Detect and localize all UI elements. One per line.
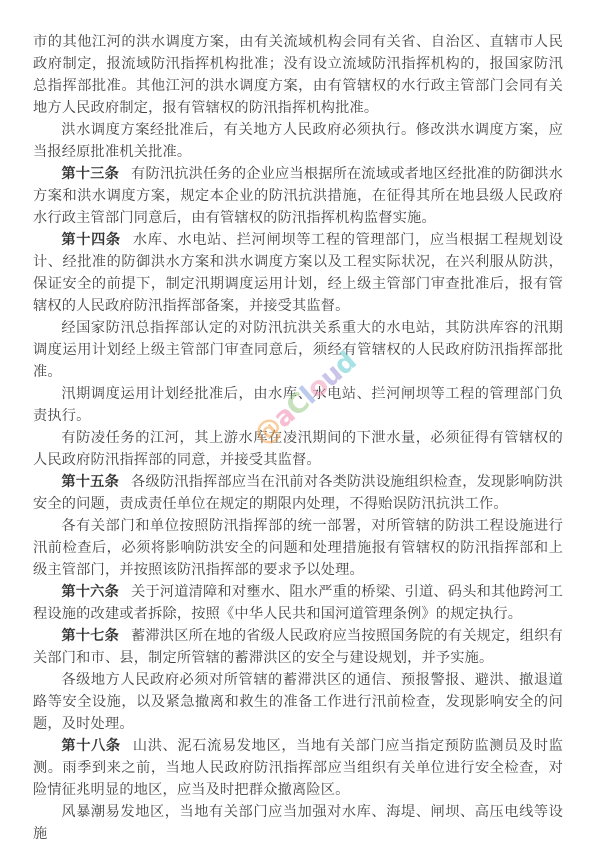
paragraph: 市的其他江河的洪水调度方案，由有关流域机构会同有关省、自治区、直辖市人民政府制定… (33, 31, 563, 119)
article-heading: 第十六条 (61, 584, 119, 600)
paragraph-text: 各级地方人民政府必须对所管辖的蓄滞洪区的通信、预报警报、避洪、撤退道路等安全设施… (33, 672, 563, 732)
paragraph: 各有关部门和单位按照防汛指挥部的统一部署，对所管辖的防洪工程设施进行汛前检查后，… (33, 515, 563, 581)
article-heading: 第十八条 (61, 738, 120, 754)
paragraph: 第十七条蓄滞洪区所在地的省级人民政府应当按照国务院的有关规定，组织有关部门和市、… (33, 625, 563, 669)
paragraph-text: 经国家防汛总指挥部认定的对防汛抗洪关系重大的水电站，其防洪库容的汛期调度运用计划… (33, 320, 563, 380)
paragraph-text: 洪水调度方案经批准后，有关地方人民政府必须执行。修改洪水调度方案，应当报经原批准… (33, 122, 563, 160)
paragraph-text: 市的其他江河的洪水调度方案，由有关流域机构会同有关省、自治区、直辖市人民政府制定… (33, 34, 563, 116)
paragraph: 洪水调度方案经批准后，有关地方人民政府必须执行。修改洪水调度方案，应当报经原批准… (33, 119, 563, 163)
paragraph: 第十六条关于河道清障和对壅水、阻水严重的桥梁、引道、码头和其他跨河工程设施的改建… (33, 581, 563, 625)
article-heading: 第十七条 (61, 628, 119, 644)
paragraph: 各级地方人民政府必须对所管辖的蓄滞洪区的通信、预报警报、避洪、撤退道路等安全设施… (33, 669, 563, 735)
paragraph: 有防凌任务的江河，其上游水库在凌汛期间的下泄水量，必须征得有管辖权的人民政府防汛… (33, 427, 563, 471)
paragraph: 第十八条山洪、泥石流易发地区，当地有关部门应当指定预防监测员及时监测。雨季到来之… (33, 735, 563, 801)
article-heading: 第十三条 (61, 166, 119, 182)
paragraph-text: 各有关部门和单位按照防汛指挥部的统一部署，对所管辖的防洪工程设施进行汛前检查后，… (33, 518, 563, 578)
document-page: 市的其他江河的洪水调度方案，由有关流域机构会同有关省、自治区、直辖市人民政府制定… (33, 0, 563, 841)
paragraph: 汛期调度运用计划经批准后，由水库、水电站、拦河闸坝等工程的管理部门负责执行。 (33, 383, 563, 427)
paragraph: 经国家防汛总指挥部认定的对防汛抗洪关系重大的水电站，其防洪库容的汛期调度运用计划… (33, 317, 563, 383)
paragraph-text: 汛期调度运用计划经批准后，由水库、水电站、拦河闸坝等工程的管理部门负责执行。 (33, 386, 563, 424)
article-heading: 第十五条 (61, 474, 119, 490)
paragraph: 第十四条水库、水电站、拦河闸坝等工程的管理部门，应当根据工程规划设计、经批准的防… (33, 229, 563, 317)
paragraph-text: 风暴潮易发地区，当地有关部门应当加强对水库、海堤、闸坝、高压电线等设施 (33, 804, 563, 841)
paragraph: 第十五条各级防汛指挥部应当在汛前对各类防洪设施组织检查，发现影响防洪安全的问题，… (33, 471, 563, 515)
paragraph-text: 有防凌任务的江河，其上游水库在凌汛期间的下泄水量，必须征得有管辖权的人民政府防汛… (33, 430, 563, 468)
paragraph: 第十三条有防汛抗洪任务的企业应当根据所在流域或者地区经批准的防御洪水方案和洪水调… (33, 163, 563, 229)
paragraph: 风暴潮易发地区，当地有关部门应当加强对水库、海堤、闸坝、高压电线等设施 (33, 801, 563, 841)
article-heading: 第十四条 (61, 232, 120, 248)
